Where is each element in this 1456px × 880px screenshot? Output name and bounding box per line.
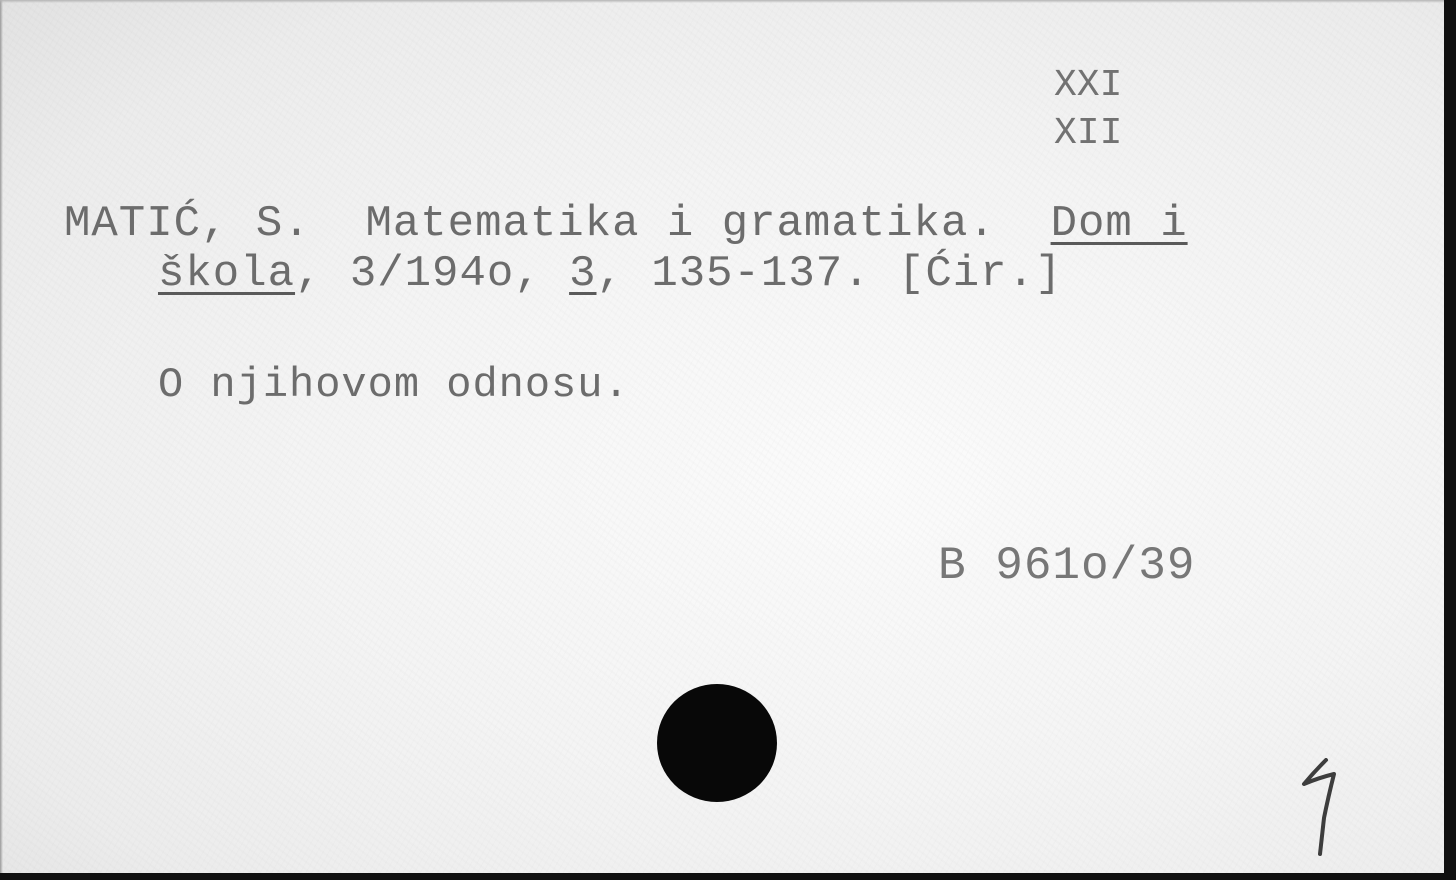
entry-line-1: MATIĆ, S. Matematika i gramatika. Dom i — [64, 196, 1188, 252]
classification-line-2: XII — [1054, 112, 1122, 156]
separator: , — [295, 249, 322, 299]
call-number: B 961o/39 — [938, 538, 1195, 594]
punch-hole — [657, 684, 777, 802]
scan-border-bottom — [0, 873, 1456, 880]
scan-border-right — [1444, 0, 1456, 880]
card-left-edge — [0, 0, 3, 873]
article-title: Matematika i gramatika. — [365, 199, 995, 249]
catalog-card: XXI XII MATIĆ, S. Matematika i gramatika… — [0, 0, 1444, 873]
entry-line-2: škola, 3/194o, 3, 135-137. [Ćir.] — [158, 246, 1062, 302]
journal-title-part-2: škola — [158, 249, 295, 299]
issue-year: 3/194o, — [350, 249, 542, 299]
author: MATIĆ, S. — [64, 199, 311, 249]
script-note: [Ćir.] — [898, 249, 1062, 299]
handwritten-mark-icon — [1296, 758, 1346, 858]
journal-title-part-1: Dom i — [1051, 199, 1188, 249]
volume-number: 3 — [569, 249, 596, 299]
annotation: O njihovom odnosu. — [158, 358, 630, 412]
separator: , — [597, 249, 624, 299]
classification-line-1: XXI — [1054, 64, 1122, 108]
page-range: 135-137. — [651, 249, 870, 299]
card-top-edge — [0, 0, 1444, 3]
